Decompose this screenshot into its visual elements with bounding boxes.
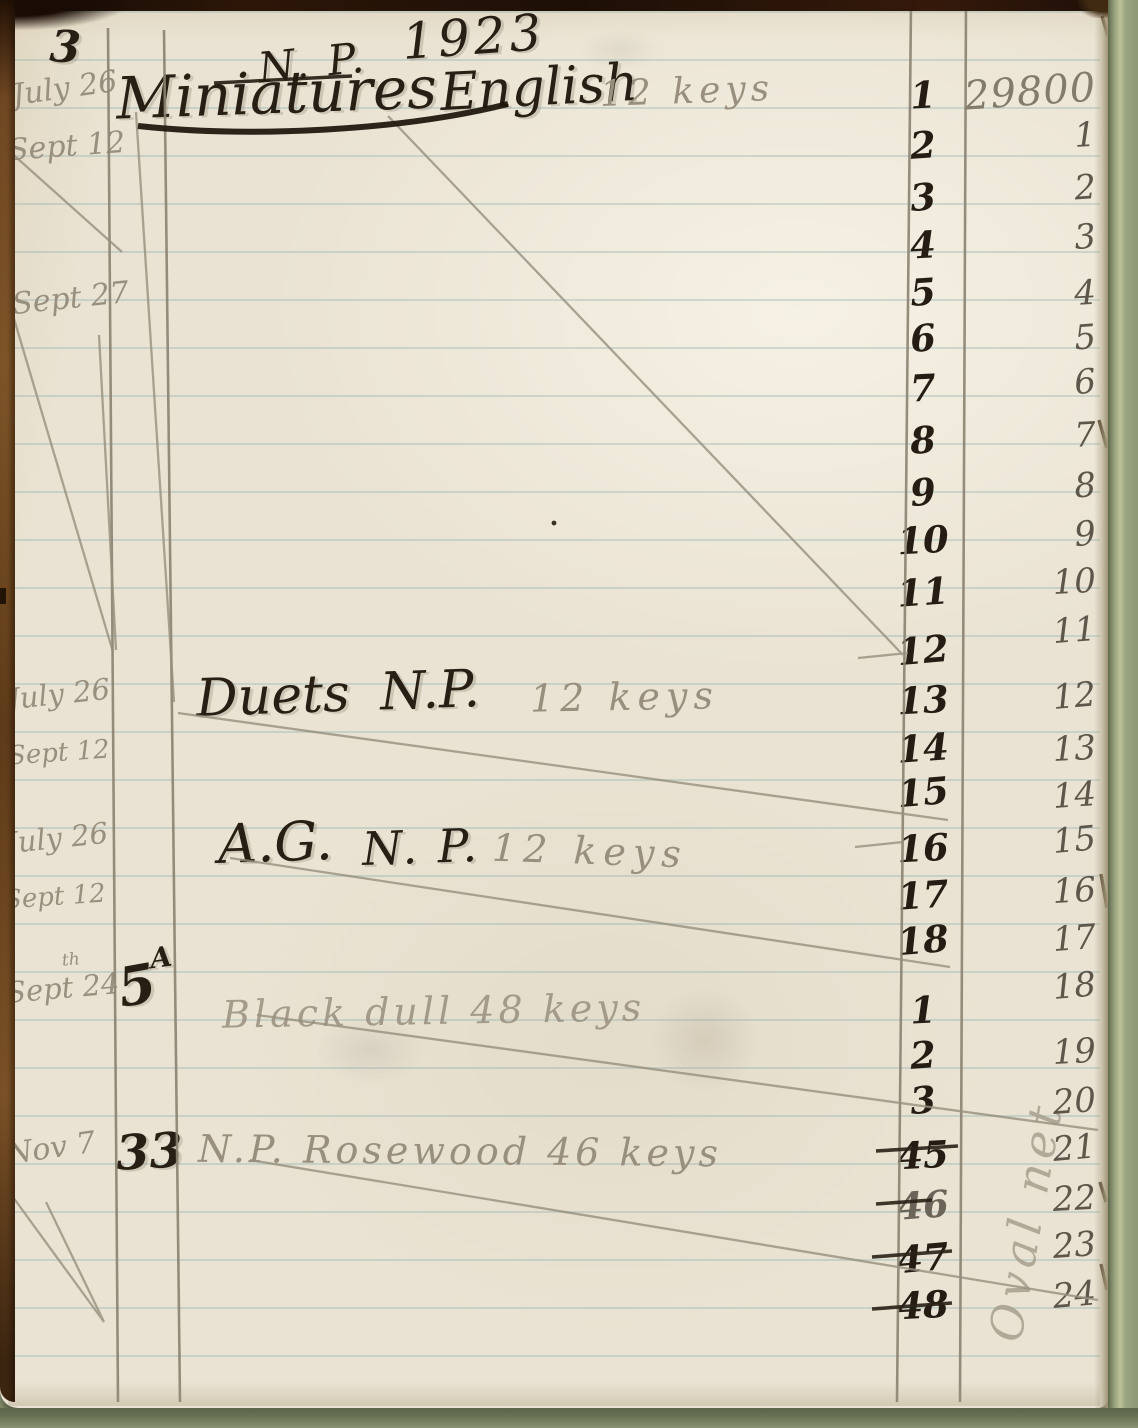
tally-number: 4 bbox=[1009, 276, 1097, 314]
ledger-number: 45 bbox=[887, 1135, 959, 1176]
tally-number: 6 bbox=[1009, 364, 1098, 405]
margin-date: July 26 bbox=[10, 67, 119, 111]
entry-note-black-dull: Black dull 48 keys bbox=[222, 988, 646, 1033]
tally-number: 5 bbox=[1009, 320, 1097, 360]
tally-number: 18 bbox=[1009, 967, 1098, 1008]
ledger-number: 47 bbox=[887, 1237, 960, 1280]
tally-number: 8 bbox=[1009, 468, 1097, 508]
ledger-number: 8 bbox=[887, 420, 959, 462]
ledger-number: 3 bbox=[887, 176, 960, 219]
ledger-number: 6 bbox=[887, 317, 960, 360]
ledger-number: 9 bbox=[887, 471, 960, 514]
ledger-number: 15 bbox=[887, 771, 960, 814]
ledger-number: 5 bbox=[887, 272, 959, 314]
ledger-number: 18 bbox=[887, 919, 960, 962]
scanned-ledger-photo: { "ledger": { "page_number": "3", "year"… bbox=[0, 0, 1138, 1428]
tally-number: 13 bbox=[1009, 731, 1097, 769]
tally-number: 3 bbox=[1009, 219, 1098, 260]
ledger-number: 2 bbox=[887, 125, 959, 167]
ledger-number: 3 bbox=[887, 1079, 960, 1122]
entry-title-ag-np: N. P. bbox=[361, 822, 480, 872]
tally-number: 19 bbox=[1009, 1034, 1097, 1072]
entry-note-ag: 12 keys bbox=[491, 829, 688, 874]
tally-number: 20 bbox=[1009, 1083, 1097, 1123]
tally-number: 10 bbox=[1009, 564, 1097, 602]
fingerprint-smudge bbox=[630, 965, 780, 1115]
ink-speck bbox=[552, 521, 557, 526]
margin-date-superscript: th bbox=[61, 951, 80, 969]
ledger-number: 1 bbox=[887, 75, 959, 116]
tally-number: 14 bbox=[1009, 777, 1097, 817]
backdrop-bottom bbox=[0, 1408, 1138, 1428]
entry-title-duets: Duets N.P. bbox=[195, 663, 480, 725]
margin-date: Sept 12 bbox=[3, 880, 106, 913]
ledger-number: 46 bbox=[887, 1185, 959, 1227]
heading-title-word1: Miniatures bbox=[115, 58, 438, 127]
margin-date: Sept 12 bbox=[7, 128, 126, 166]
ledger-number: 7 bbox=[887, 368, 959, 409]
margin-date: Sept 27 bbox=[11, 278, 131, 320]
batch-superscript-a: A bbox=[148, 943, 173, 974]
binding-notch bbox=[0, 588, 6, 604]
ledger-number: 11 bbox=[887, 572, 959, 614]
tally-number: 12 bbox=[1009, 677, 1098, 718]
margin-date: July 26 bbox=[5, 819, 110, 859]
binding-top-edge bbox=[0, 0, 1108, 11]
ledger-number: 48 bbox=[887, 1285, 959, 1326]
tally-number: 7 bbox=[1009, 418, 1097, 456]
entry-note-duets: 12 keys bbox=[530, 676, 720, 717]
tally-number: 11 bbox=[1009, 612, 1097, 652]
opening-serial: 29800 bbox=[963, 67, 1098, 116]
ledger-number: 13 bbox=[887, 680, 959, 721]
tally-number: 21 bbox=[1009, 1129, 1098, 1170]
tally-number: 16 bbox=[1009, 873, 1097, 911]
ledger-number: 14 bbox=[887, 728, 959, 770]
ledger-number: 10 bbox=[887, 520, 959, 561]
binding-left-edge bbox=[0, 0, 15, 1402]
entry-title-ag: A.G. bbox=[217, 814, 333, 872]
batch-number-33: 33 bbox=[115, 1126, 184, 1177]
tally-number: 24 bbox=[1009, 1276, 1098, 1317]
margin-date: July 26 bbox=[7, 675, 112, 715]
page-right-edge bbox=[1094, 0, 1108, 1408]
ledger-number: 1 bbox=[887, 990, 959, 1031]
ledger-number: 2 bbox=[887, 1035, 959, 1077]
binding-corner-top-right bbox=[1078, 0, 1108, 18]
tally-number: 1 bbox=[1009, 118, 1097, 156]
margin-date: Sept 12 bbox=[7, 736, 110, 769]
ruled-line bbox=[10, 1355, 1100, 1357]
backdrop-right bbox=[1108, 0, 1138, 1428]
tally-number: 17 bbox=[1009, 920, 1097, 960]
ruled-line bbox=[10, 11, 1100, 13]
page-number: 3 bbox=[49, 25, 83, 71]
ledger-number: 16 bbox=[887, 828, 959, 869]
tally-number: 23 bbox=[1009, 1227, 1097, 1267]
margin-date: Sept 24 bbox=[5, 969, 120, 1008]
tally-number: 22 bbox=[1009, 1181, 1097, 1219]
ledger-number: 17 bbox=[887, 875, 959, 917]
binding-corner-top-left bbox=[0, 0, 130, 30]
entry-note-rosewood: N.P. Rosewood 46 keys bbox=[198, 1130, 722, 1173]
ledger-page: 3 1923 N. P. Miniatures English 12 keys … bbox=[0, 0, 1108, 1408]
tally-number: 15 bbox=[1009, 821, 1098, 862]
page-bottom-shadow bbox=[8, 1382, 1100, 1406]
ledger-number: 12 bbox=[887, 629, 960, 672]
tally-number: 2 bbox=[1009, 170, 1097, 210]
ledger-number: 4 bbox=[887, 225, 959, 266]
heading-note: 12 keys bbox=[599, 71, 774, 113]
tally-number: 9 bbox=[1009, 516, 1098, 557]
